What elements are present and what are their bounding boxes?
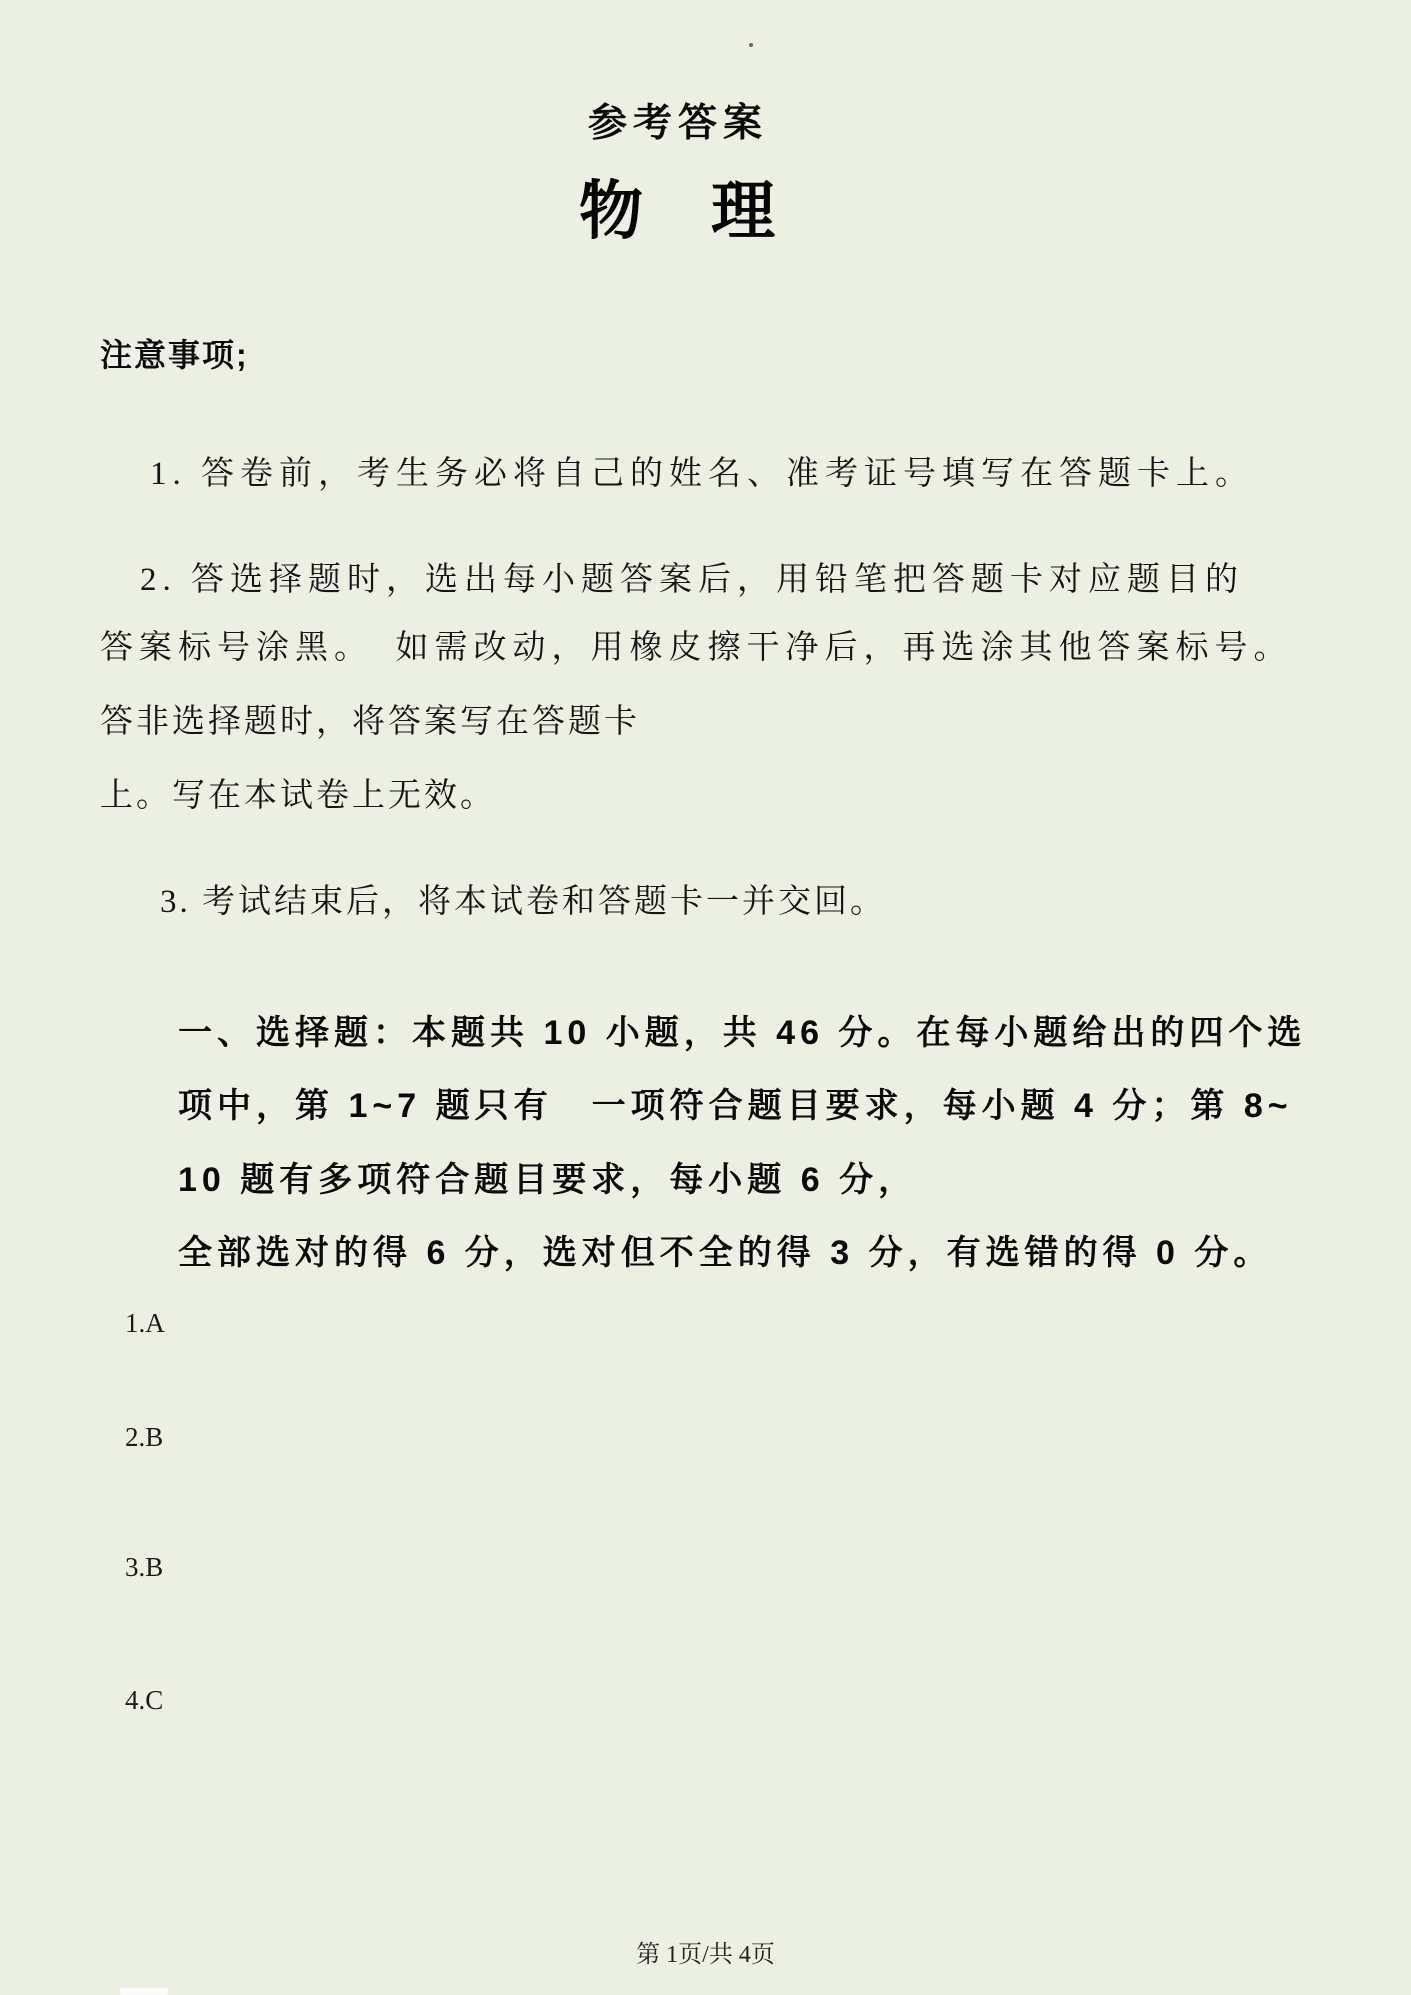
- answer-item-4: 4.C: [125, 1685, 163, 1716]
- answers-subtitle: 参考答案: [100, 92, 1256, 148]
- notice-item-1: 1. 答卷前，考生务必将自己的姓名、准考证号填写在答题卡上。: [150, 447, 1254, 494]
- notice-item-2-line-2: 答案标号涂黑。 如需改动，用橡皮擦干净后，再选涂其他答案标号。: [100, 621, 1293, 668]
- scan-dot-artifact: [749, 43, 753, 47]
- document-page: 参考答案 物 理 注意事项; 1. 答卷前，考生务必将自己的姓名、准考证号填写在…: [0, 0, 1411, 1995]
- notices-heading: 注意事项;: [100, 330, 249, 376]
- answer-item-2: 2.B: [125, 1422, 163, 1453]
- answer-item-3: 3.B: [125, 1552, 163, 1583]
- notice-item-2-line-3: 答非选择题时，将答案写在答题卡: [100, 695, 640, 742]
- notice-item-3: 3. 考试结束后，将本试卷和答题卡一并交回。: [160, 875, 886, 922]
- section-one-heading-line-3: 10 题有多项符合题目要求，每小题 6 分，: [178, 1152, 917, 1201]
- page-footer: 第 1页/共 4页: [0, 1934, 1411, 1969]
- notice-item-2-line-4: 上。写在本试卷上无效。: [100, 769, 496, 816]
- section-one-heading-line-2: 项中，第 1~7 题只有 一项符合题目要求，每小题 4 分；第 8~: [178, 1078, 1293, 1127]
- section-one-heading-line-1: 一、选择题：本题共 10 小题，共 46 分。在每小题给出的四个选: [178, 1005, 1306, 1054]
- subject-title: 物 理: [100, 160, 1256, 252]
- section-one-heading-line-4: 全部选对的得 6 分，选对但不全的得 3 分，有选错的得 0 分。: [178, 1225, 1272, 1274]
- answer-item-1: 1.A: [125, 1308, 165, 1339]
- bottom-left-scan-artifact: [120, 1988, 168, 1995]
- notice-item-2-line-1: 2. 答选择题时，选出每小题答案后，用铅笔把答题卡对应题目的: [140, 553, 1244, 600]
